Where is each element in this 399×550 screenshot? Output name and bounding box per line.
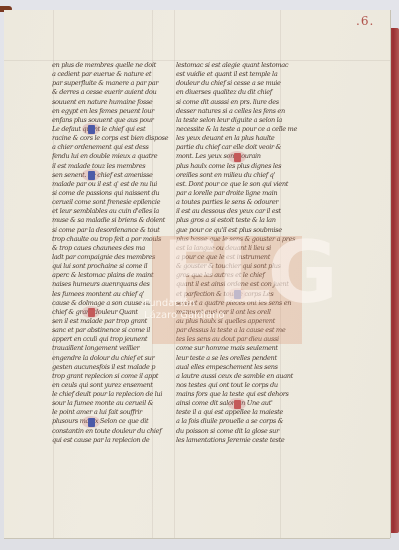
manuscript-line: engendre la dolour du chief et sur [52,354,179,363]
manuscript-line: teste il a qui est appellee la maieste [176,408,303,417]
watermark-text-line1: Fundación [144,298,195,309]
decorated-initial-blue [88,125,95,134]
manuscript-line: plus haulx come les plus dignes les [176,162,303,171]
decorated-initial-red [234,400,241,409]
manuscript-line: a cedient par euerue & nature et [52,70,179,79]
manuscript-line: come sur homme mais seulement [176,344,303,353]
manuscript-line: desser natures si a celles les fens en [176,107,303,116]
watermark-text-line2: Lázaro Galdiano [144,310,225,321]
manuscript-line: si come dit ausssi en prs. liure des [176,98,303,107]
manuscript-page: .6. en plus de membres quelle ne doita c… [4,10,390,538]
manuscript-line: racine & cors le corps est bien dispose [52,134,179,143]
manuscript-line: et leur semblables au cuin d'elles la [52,207,179,216]
folio-number: .6. [356,14,374,28]
manuscript-line: il est malade touz les membres [52,162,179,171]
manuscript-line: a la fois diuile prouelle a se corps & [176,417,303,426]
manuscript-line: si come de passions qui naissent du [52,189,179,198]
manuscript-line: le point amer a lui fait souffrir [52,408,179,417]
manuscript-line: muse & sa maladie si briens & dolent [52,216,179,225]
decorated-initial-red [234,153,241,162]
manuscript-line: souuent en nature humaine fosse [52,98,179,107]
watermark: FLG Fundación Lázaro Galdiano [152,236,302,344]
manuscript-line: lestomac si est alegie quant lestomac [176,61,303,70]
manuscript-line: par a lorelle par droite ligne main [176,189,303,198]
manuscript-line: en egypt en les femes peuent lour [52,107,179,116]
manuscript-line: malade par ou il est q' est de nu lui [52,180,179,189]
manuscript-line: enfans plus souuent que aus pour [52,116,179,125]
manuscript-line: sour la fumee monte au cerueil & [52,399,179,408]
decorated-initial-blue [88,418,95,427]
manuscript-line: Le defaut quant le chief qui est [52,125,179,134]
manuscript-line: constantin en toute douleur du chief [52,427,179,436]
manuscript-line: qui est cause par la replecion de [52,436,179,445]
manuscript-line: les yeux deuant en la plus haulte [176,134,303,143]
manuscript-line: aual elles empeschement les sens [176,363,303,372]
manuscript-line: en plus de membres quelle ne doit [52,61,179,70]
manuscript-line: les lamentations Jeremie ceste teste [176,436,303,445]
manuscript-line: a chier ordenement qui est dess [52,143,179,152]
manuscript-line: nos testes qui ont tout le corps du [176,381,303,390]
decorated-initial-blue [88,171,95,180]
manuscript-line: du poisson si come dit la glose sur [176,427,303,436]
manuscript-line: en ceuls qui sont yurez ensement [52,381,179,390]
manuscript-line: necessite & la teste a pour ce a celle m… [176,125,303,134]
decorated-initial-red [88,308,95,317]
manuscript-line: la teste selon leur diguite a selon la [176,116,303,125]
manuscript-line: par superfluite & manere a par par [52,79,179,88]
manuscript-line: trop grant replecion si come il appt [52,372,179,381]
manuscript-line: il est au dessous des yeux car il est [176,207,303,216]
manuscript-line: a toutes parties le sens & odourer [176,198,303,207]
manuscript-line: douleur du chief si cesse a se muie [176,79,303,88]
manuscript-line: si come par la desordenance & tout [52,226,179,235]
manuscript-line: cerueil come sont frenesie epilencie [52,198,179,207]
manuscript-line: fendu lui en double mieux a quatre [52,152,179,161]
manuscript-line: plusours maulx Selon ce que dit [52,417,179,426]
manuscript-line: gesten aucunesfois il est malade p [52,363,179,372]
manuscript-line: est. Dont pour ce que le son qui vient [176,180,303,189]
manuscript-line: en diuerses qualitez du dit chief [176,88,303,97]
manuscript-line: le chief deult pour la replecion de lui [52,390,179,399]
manuscript-line: sen senent. Le chief est amenisse [52,171,179,180]
manuscript-line: trauaillent longement veillier [52,344,179,353]
manuscript-line: est vuidie et quant il est temple la [176,70,303,79]
manuscript-line: leur teste a se les orelles pendent [176,354,303,363]
manuscript-line: oreilles sont en milieu du chief q' [176,171,303,180]
manuscript-line: & derres a cesse euerir auient dou [52,88,179,97]
manuscript-line: a lautre aussi ceux de samble en auant [176,372,303,381]
